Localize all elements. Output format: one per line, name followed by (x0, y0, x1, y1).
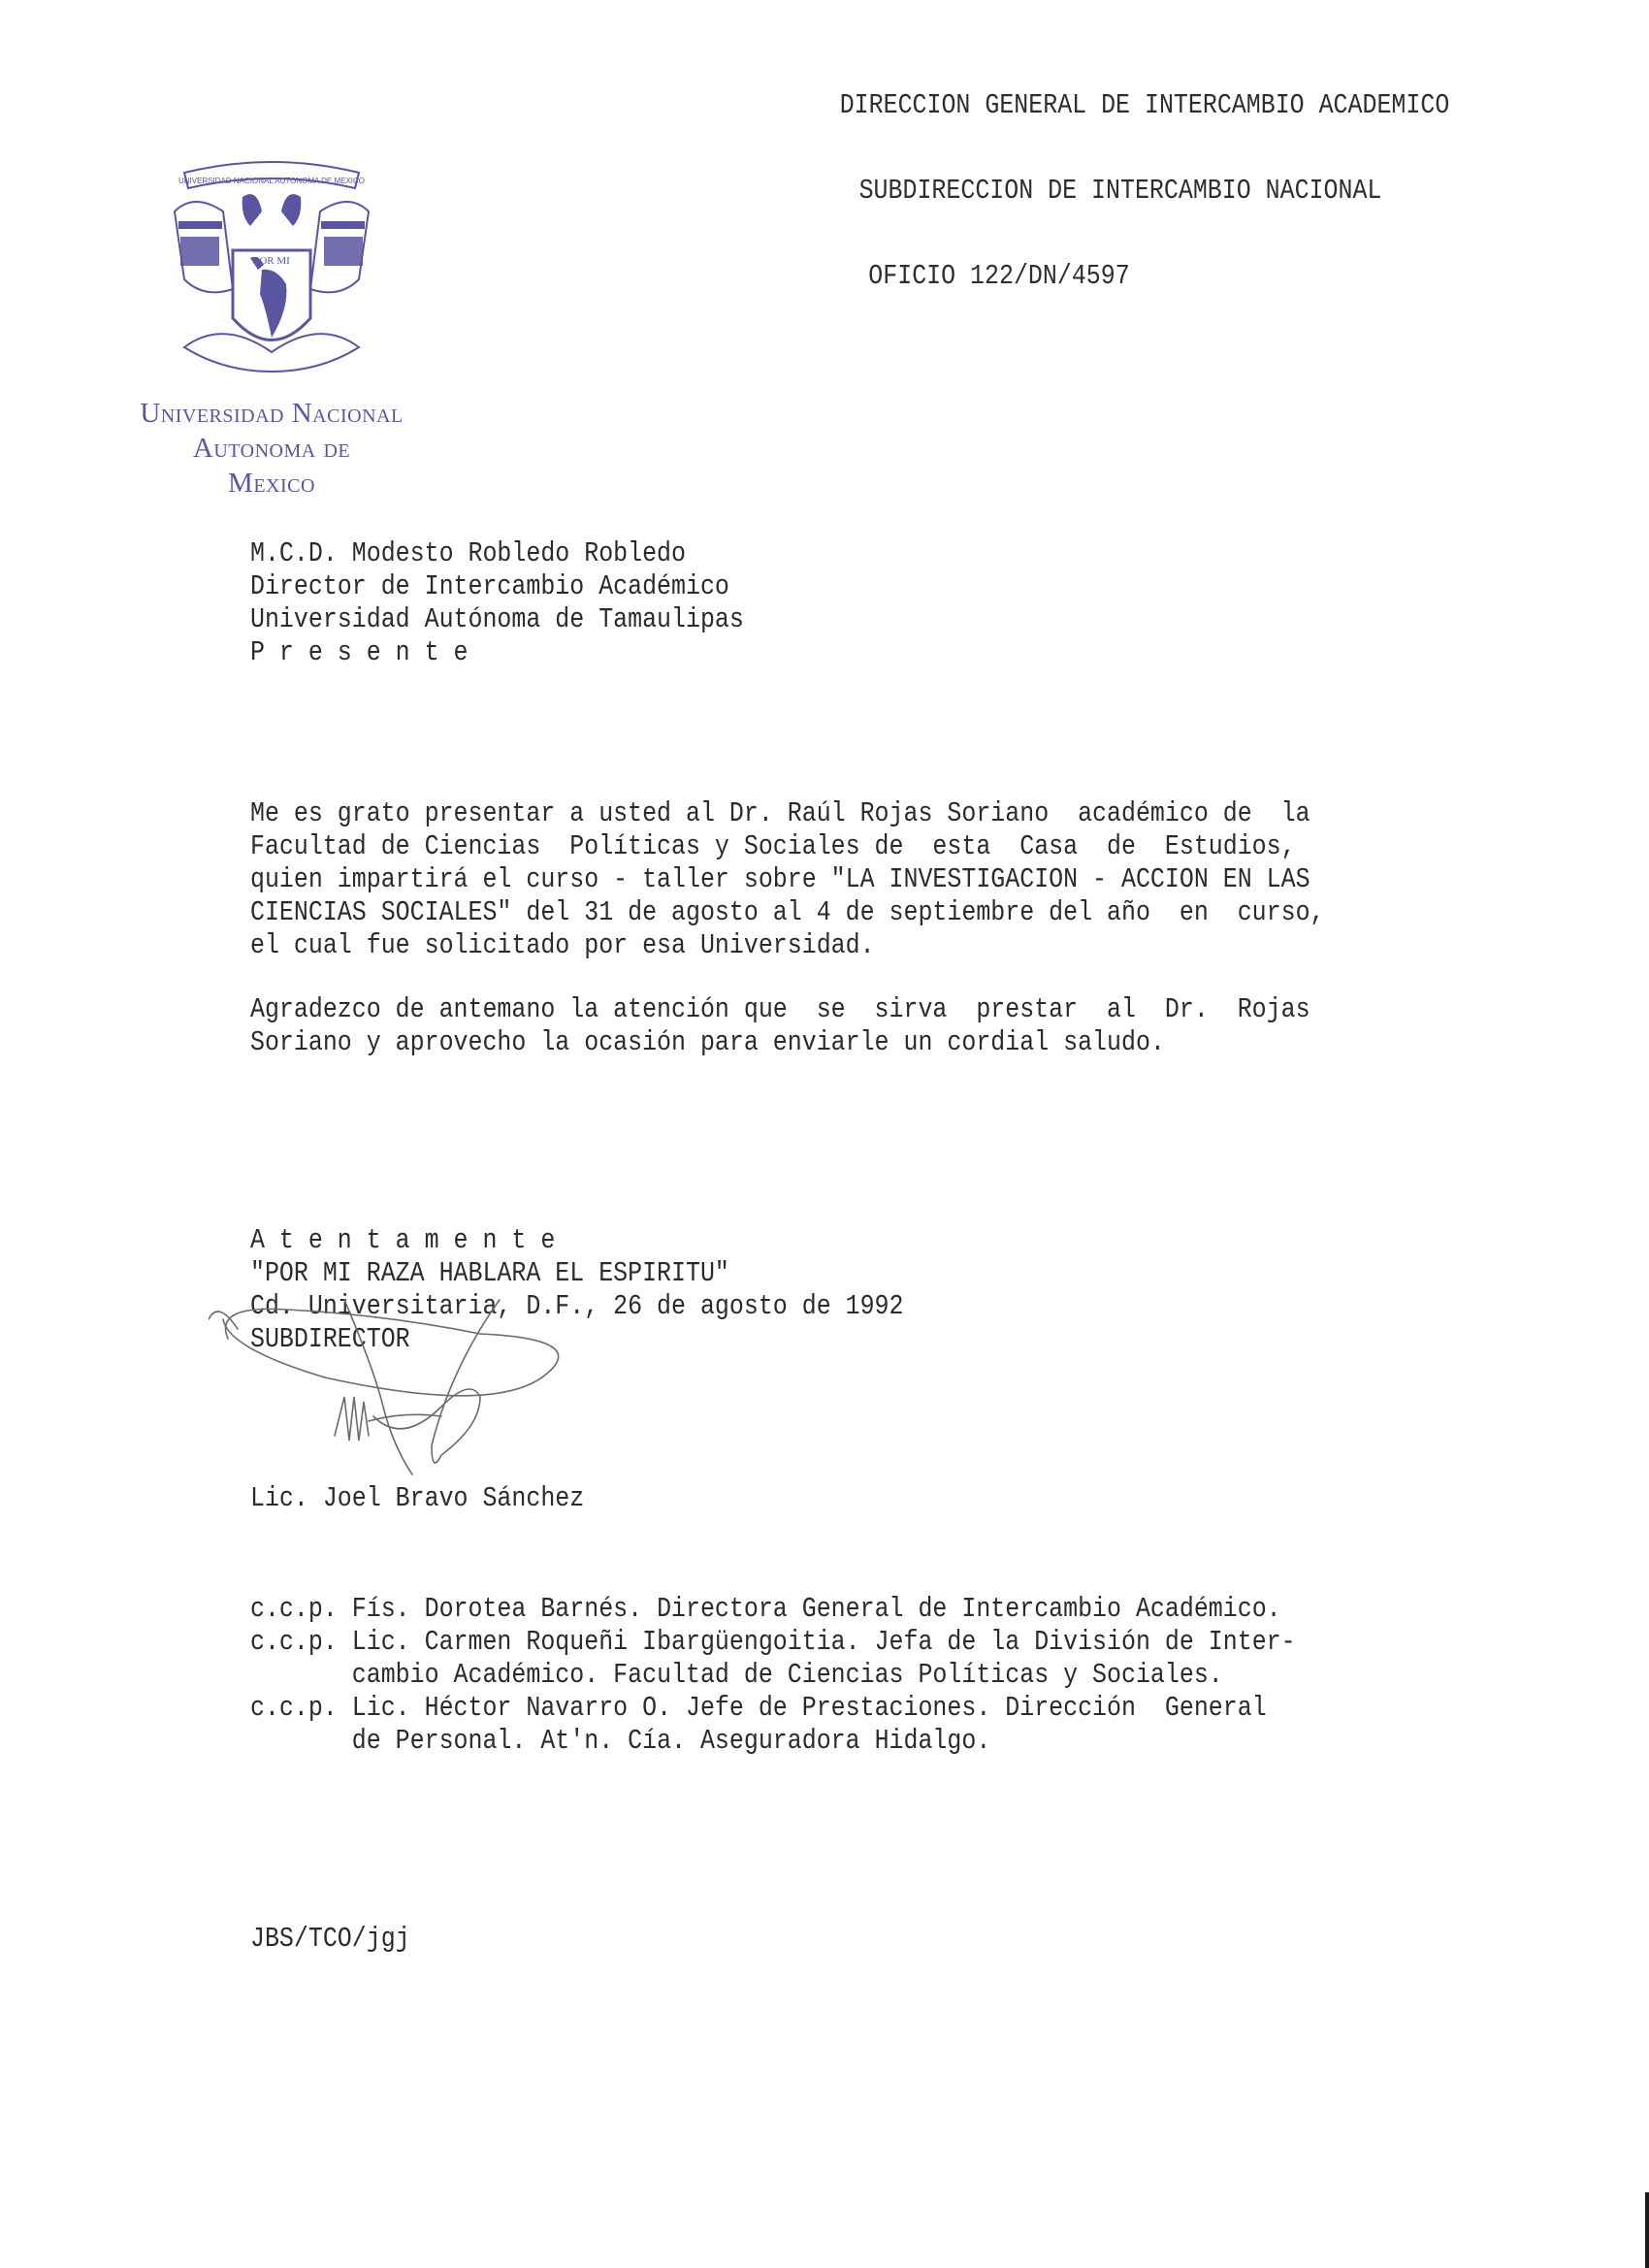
closing-motto: "POR MI RAZA HABLARA EL ESPIRITU" (250, 1257, 1451, 1290)
university-name: Universidad Nacional Autonoma de Mexico (116, 396, 427, 501)
body-line: Soriano y aprovecho la ocasión para envi… (250, 1026, 1451, 1059)
recipient-block: M.C.D. Modesto Robledo Robledo Director … (250, 537, 1453, 669)
university-name-line: Autonoma de (116, 431, 427, 466)
university-name-line: Universidad Nacional (116, 396, 427, 431)
carbon-copy-item: c.c.p. Lic. Carmen Roqueñi Ibargüengoiti… (250, 1626, 1453, 1692)
scan-edge (1645, 2192, 1649, 2268)
carbon-copy-list: c.c.p. Fís. Dorotea Barnés. Directora Ge… (250, 1593, 1453, 1758)
document-reference: OFICIO 122/DN/4597 (791, 260, 1208, 292)
closing-atentamente: A t e n t a m e n t e (250, 1224, 1451, 1257)
carbon-copy-line: c.c.p. Lic. Carmen Roqueñi Ibargüengoiti… (250, 1626, 1451, 1659)
letterhead-department: DIRECCION GENERAL DE INTERCAMBIO ACADEMI… (811, 89, 1478, 121)
carbon-copy-line: cambio Académico. Facultad de Ciencias P… (250, 1659, 1451, 1692)
carbon-copy-line: de Personal. At'n. Cía. Aseguradora Hida… (250, 1725, 1451, 1758)
recipient-institution: Universidad Autónoma de Tamaulipas (250, 603, 1451, 636)
reference-initials: JBS/TCO/jgj (250, 1923, 1451, 1956)
university-name-line: Mexico (116, 466, 427, 501)
body-line: el cual fue solicitado por esa Universid… (250, 929, 1451, 962)
svg-text:POR MI: POR MI (253, 255, 290, 267)
carbon-copy-item: c.c.p. Lic. Héctor Navarro O. Jefe de Pr… (250, 1692, 1453, 1758)
letterhead-subdepartment: SUBDIRECCION DE INTERCAMBIO NACIONAL (808, 175, 1434, 207)
signatory-block: Lic. Joel Bravo Sánchez (250, 1482, 1453, 1515)
svg-text:UNIVERSIDAD NACIONAL AUTONOMA: UNIVERSIDAD NACIONAL AUTONOMA DE MEXICO (178, 177, 365, 185)
carbon-copy-item: c.c.p. Fís. Dorotea Barnés. Directora Ge… (250, 1593, 1453, 1626)
body-paragraph-1: Me es grato presentar a usted al Dr. Raú… (250, 797, 1453, 962)
body-line: quien impartirá el curso - taller sobre … (250, 863, 1451, 896)
body-line: CIENCIAS SOCIALES" del 31 de agosto al 4… (250, 896, 1451, 929)
signatory-name: Lic. Joel Bravo Sánchez (250, 1482, 1451, 1515)
body-line: Agradezco de antemano la atención que se… (250, 993, 1451, 1026)
reference-initials-block: JBS/TCO/jgj (250, 1923, 1453, 1956)
body-line: Me es grato presentar a usted al Dr. Raú… (250, 797, 1451, 830)
carbon-copy-line: c.c.p. Fís. Dorotea Barnés. Directora Ge… (250, 1593, 1451, 1626)
closing-block: A t e n t a m e n t e "POR MI RAZA HABLA… (250, 1224, 1453, 1356)
closing-position: SUBDIRECTOR (250, 1323, 1451, 1356)
body-line: Facultad de Ciencias Políticas y Sociale… (250, 830, 1451, 863)
unam-coat-of-arms-icon: UNIVERSIDAD NACIONAL AUTONOMA DE MEXICO … (165, 153, 378, 386)
body-paragraph-2: Agradezco de antemano la atención que se… (250, 993, 1453, 1059)
carbon-copy-line: c.c.p. Lic. Héctor Navarro O. Jefe de Pr… (250, 1692, 1451, 1725)
closing-place-date: Cd. Universitaria, D.F., 26 de agosto de… (250, 1290, 1451, 1323)
recipient-title: Director de Intercambio Académico (250, 570, 1451, 603)
recipient-name: M.C.D. Modesto Robledo Robledo (250, 537, 1451, 570)
recipient-presente: P r e s e n t e (250, 636, 1451, 669)
